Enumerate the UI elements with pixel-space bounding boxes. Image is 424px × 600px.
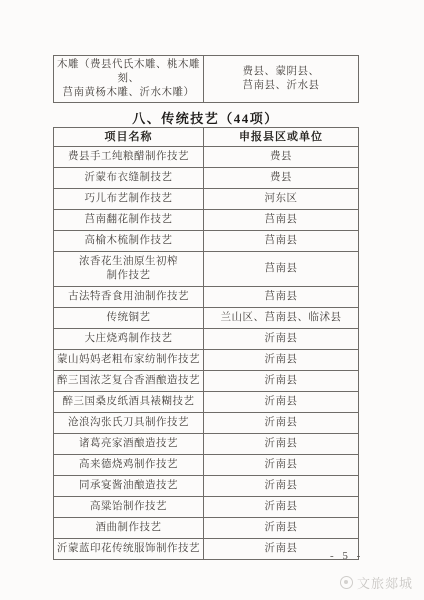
table-row: 木雕（费县代氏木雕、桃木雕刻、 莒南黄杨木雕、沂水木雕） 费县、蒙阴县、 莒南县… (54, 56, 359, 103)
table-row: 醉三国浓芝复合香酒酿造技艺 沂南县 (54, 371, 359, 392)
project-name-cell: 蒙山妈妈老粗布家纺制作技艺 (54, 350, 204, 371)
document-page: 木雕（费县代氏木雕、桃木雕刻、 莒南黄杨木雕、沂水木雕） 费县、蒙阴县、 莒南县… (0, 0, 424, 600)
table-row: 诸葛亮家酒酿造技艺 沂南县 (54, 434, 359, 455)
project-name-cell: 浓香花生油原生初榨 制作技艺 (54, 252, 204, 287)
page-number: - 5 - (330, 550, 363, 562)
project-name-cell: 酒曲制作技艺 (54, 518, 204, 539)
table-row: 高榆木梳制作技艺 莒南县 (54, 231, 359, 252)
reporting-unit-cell: 沂南县 (204, 455, 359, 476)
table-row: 醉三国桑皮纸酒具裱糊技艺 沂南县 (54, 392, 359, 413)
project-name-cell: 沧浪沟张氏刀具制作技艺 (54, 413, 204, 434)
project-name-cell: 巧儿布艺制作技艺 (54, 189, 204, 210)
project-name-cell: 沂蒙蓝印花传统服饰制作技艺 (54, 539, 204, 560)
reporting-unit-cell: 河东区 (204, 189, 359, 210)
table-row: 巧儿布艺制作技艺 河东区 (54, 189, 359, 210)
table-row: 莒南翻花制作技艺 莒南县 (54, 210, 359, 231)
reporting-unit-cell: 费县 (204, 168, 359, 189)
reporting-unit-cell: 费县 (204, 147, 359, 168)
project-name-cell: 高来德烧鸡制作技艺 (54, 455, 204, 476)
column-header-reporting-unit: 申报县区或单位 (204, 128, 359, 147)
table-row: 酒曲制作技艺 沂南县 (54, 518, 359, 539)
craft-table: 项目名称 申报县区或单位 费县手工纯粮醋制作技艺 费县 沂蒙布衣缝制技艺 费县 (53, 127, 359, 560)
reporting-unit-cell: 沂南县 (204, 371, 359, 392)
project-name-cell: 同承宴酱油酿造技艺 (54, 476, 204, 497)
craft-table-wrap: 项目名称 申报县区或单位 费县手工纯粮醋制作技艺 费县 沂蒙布衣缝制技艺 费县 (53, 127, 359, 560)
project-name-cell: 醉三国桑皮纸酒具裱糊技艺 (54, 392, 204, 413)
table-row: 高来德烧鸡制作技艺 沂南县 (54, 455, 359, 476)
reporting-unit-cell: 沂南县 (204, 518, 359, 539)
table-row: 沧浪沟张氏刀具制作技艺 沂南县 (54, 413, 359, 434)
reporting-unit-cell: 沂南县 (204, 476, 359, 497)
section-title: 八、传统技艺（44项） (53, 108, 358, 127)
table-row: 高粱饴制作技艺 沂南县 (54, 497, 359, 518)
column-header-project-name: 项目名称 (54, 128, 204, 147)
project-name-cell: 高榆木梳制作技艺 (54, 231, 204, 252)
project-name-cell: 沂蒙布衣缝制技艺 (54, 168, 204, 189)
project-name-cell: 莒南翻花制作技艺 (54, 210, 204, 231)
table-row: 古法特香食用油制作技艺 莒南县 (54, 287, 359, 308)
reporting-unit-cell: 兰山区、莒南县、临沭县 (204, 308, 359, 329)
project-name-cell: 传统铜艺 (54, 308, 204, 329)
reporting-unit-cell: 沂南县 (204, 413, 359, 434)
table-row: 费县手工纯粮醋制作技艺 费县 (54, 147, 359, 168)
table-header-row: 项目名称 申报县区或单位 (54, 128, 359, 147)
project-name-cell: 诸葛亮家酒酿造技艺 (54, 434, 204, 455)
reporting-unit-cell: 沂南县 (204, 392, 359, 413)
reporting-unit-cell: 莒南县 (204, 252, 359, 287)
project-name-cell: 费县手工纯粮醋制作技艺 (54, 147, 204, 168)
table-row: 沂蒙布衣缝制技艺 费县 (54, 168, 359, 189)
reporting-unit-cell: 沂南县 (204, 497, 359, 518)
reporting-unit-cell: 沂南县 (204, 350, 359, 371)
reporting-unit-cell: 沂南县 (204, 434, 359, 455)
watermark: 文旅郯城 (340, 573, 413, 592)
wood-carving-table-wrap: 木雕（费县代氏木雕、桃木雕刻、 莒南黄杨木雕、沂水木雕） 费县、蒙阴县、 莒南县… (53, 55, 359, 103)
table-row: 同承宴酱油酿造技艺 沂南县 (54, 476, 359, 497)
bird-seal-logo-icon (340, 576, 353, 589)
reporting-unit-cell: 莒南县 (204, 210, 359, 231)
project-name-cell: 木雕（费县代氏木雕、桃木雕刻、 莒南黄杨木雕、沂水木雕） (54, 56, 204, 103)
table-row: 大庄烧鸡制作技艺 沂南县 (54, 329, 359, 350)
table-row: 传统铜艺 兰山区、莒南县、临沭县 (54, 308, 359, 329)
table-row: 蒙山妈妈老粗布家纺制作技艺 沂南县 (54, 350, 359, 371)
project-name-cell: 高粱饴制作技艺 (54, 497, 204, 518)
watermark-label: 文旅郯城 (357, 573, 413, 592)
project-name-cell: 醉三国浓芝复合香酒酿造技艺 (54, 371, 204, 392)
project-name-cell: 古法特香食用油制作技艺 (54, 287, 204, 308)
reporting-unit-cell: 费县、蒙阴县、 莒南县、沂水县 (204, 56, 359, 103)
reporting-unit-cell: 沂南县 (204, 329, 359, 350)
table-row: 浓香花生油原生初榨 制作技艺 莒南县 (54, 252, 359, 287)
table-row: 沂蒙蓝印花传统服饰制作技艺 沂南县 (54, 539, 359, 560)
reporting-unit-cell: 莒南县 (204, 287, 359, 308)
project-name-cell: 大庄烧鸡制作技艺 (54, 329, 204, 350)
reporting-unit-cell: 莒南县 (204, 231, 359, 252)
wood-carving-table: 木雕（费县代氏木雕、桃木雕刻、 莒南黄杨木雕、沂水木雕） 费县、蒙阴县、 莒南县… (53, 55, 359, 103)
